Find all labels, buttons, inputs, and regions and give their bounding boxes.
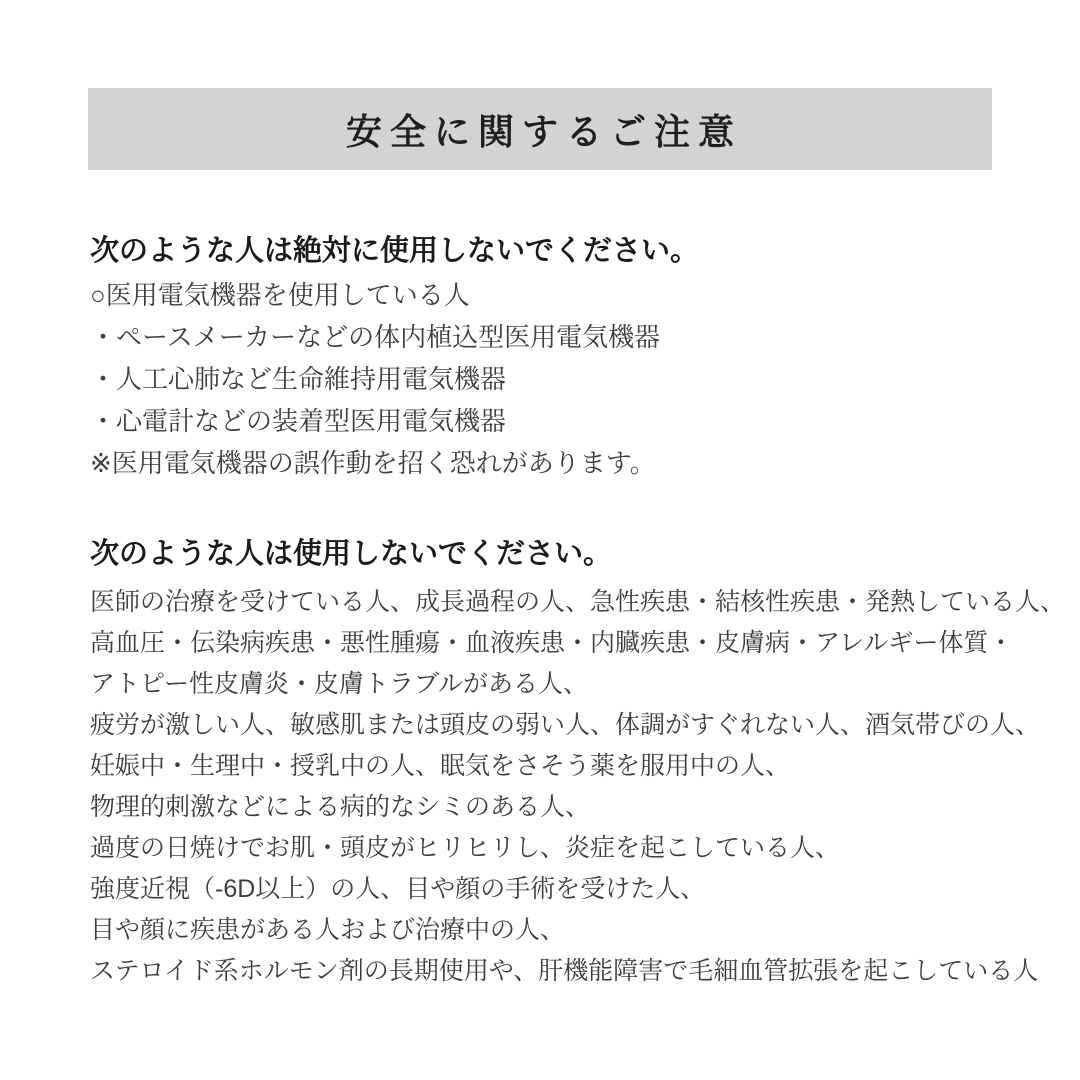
paragraph-line: アトピー性皮膚炎・皮膚トラブルがある人、 bbox=[90, 664, 1030, 705]
paragraph-line: 高血圧・伝染病疾患・悪性腫瘍・血液疾患・内臓疾患・皮膚病・アレルギー体質・ bbox=[90, 623, 1030, 664]
paragraph-line: 強度近視（-6D以上）の人、目や顔の手術を受けた人、 bbox=[90, 869, 1030, 910]
paragraph-line: 疲労が激しい人、敏感肌または頭皮の弱い人、体調がすぐれない人、酒気帯びの人、 bbox=[90, 705, 1030, 746]
page-title: 安全に関するご注意 bbox=[338, 104, 742, 155]
paragraph-line: ステロイド系ホルモン剤の長期使用や、肝機能障害で毛細血管拡張を起こしている人 bbox=[90, 951, 1030, 992]
list-item: ・人工心肺など生命維持用電気機器 bbox=[90, 358, 1030, 400]
heading-do-not-use: 次のような人は使用しないでください。 bbox=[90, 531, 1020, 572]
paragraph-line: 物理的刺激などによる病的なシミのある人、 bbox=[90, 787, 1030, 828]
restricted-users-paragraph: 医師の治療を受けている人、成長過程の人、急性疾患・結核性疾患・発熱している人、 … bbox=[90, 582, 1030, 992]
list-item: ○医用電気機器を使用している人 bbox=[90, 274, 1030, 316]
prohibited-users-list: ○医用電気機器を使用している人 ・ペースメーカーなどの体内植込型医用電気機器 ・… bbox=[90, 274, 1030, 484]
paragraph-line: 医師の治療を受けている人、成長過程の人、急性疾患・結核性疾患・発熱している人、 bbox=[90, 582, 1030, 623]
list-item: ・心電計などの装着型医用電気機器 bbox=[90, 400, 1030, 442]
list-item-note: ※医用電気機器の誤作動を招く恐れがあります。 bbox=[90, 442, 1030, 484]
paragraph-line: 目や顔に疾患がある人および治療中の人、 bbox=[90, 910, 1030, 951]
safety-notice-page: 安全に関するご注意 次のような人は絶対に使用しないでください。 ○医用電気機器を… bbox=[0, 0, 1080, 1080]
paragraph-line: 過度の日焼けでお肌・頭皮がヒリヒリし、炎症を起こしている人、 bbox=[90, 828, 1030, 869]
list-item: ・ペースメーカーなどの体内植込型医用電気機器 bbox=[90, 316, 1030, 358]
heading-do-not-use-absolutely: 次のような人は絶対に使用しないでください。 bbox=[90, 228, 1020, 269]
paragraph-line: 妊娠中・生理中・授乳中の人、眠気をさそう薬を服用中の人、 bbox=[90, 746, 1030, 787]
section-title-bar: 安全に関するご注意 bbox=[88, 88, 992, 170]
